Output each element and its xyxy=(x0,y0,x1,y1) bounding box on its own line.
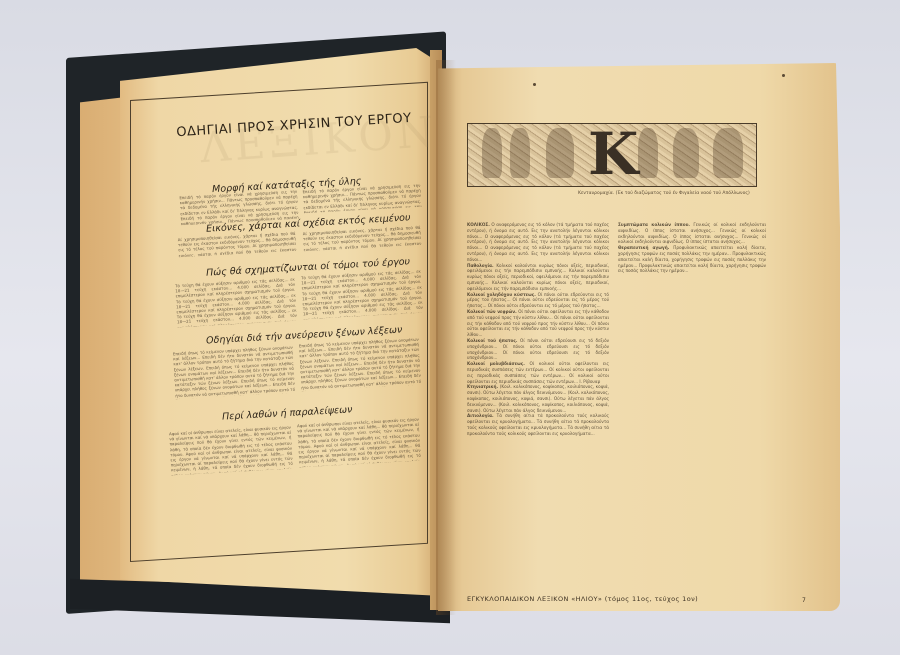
initial-letter: K xyxy=(588,124,638,184)
frieze-figure xyxy=(546,128,574,178)
entry-term: Κολικοί τού ήπατος. xyxy=(467,338,517,343)
entry-term: Κολικοί μολυβδιάσεως. xyxy=(467,361,525,366)
entry-author: Ι. Ρίβουαρ xyxy=(579,379,600,384)
page-number: 7 xyxy=(802,597,806,604)
entry-term: ΚΟΛΙΚΟΣ. xyxy=(467,222,490,227)
section-text-foreign-a: Επειδή όπως τό κείμενον υπάρχει πλήθος ξ… xyxy=(173,345,295,400)
section-text-volumes-b: Τό τεύχη θά έχουν σύξησιν αριθμού εις τά… xyxy=(301,269,423,320)
frieze-figure xyxy=(482,128,502,178)
right-column-1: ΚΟΛΙΚΟΣ. Ο αναφερόμενος εις τό κόλον (τά… xyxy=(467,222,609,590)
section-text-errors-b: Αφού καί οί άνθρωποι είναι ατελείς, είνα… xyxy=(297,417,421,468)
frieze-figure xyxy=(673,128,699,178)
frieze-figure xyxy=(713,128,743,178)
entry-term: Κτηνιατρική. xyxy=(467,384,498,389)
entry-term: Συμπτώματα κολικών ίππου. xyxy=(618,222,690,227)
frieze-figure xyxy=(638,128,658,178)
entry-term: Αιτιολογία. xyxy=(467,413,494,418)
page-footer: ΕΓΚΥΚΛΟΠΑΙΔΙΚΟΝ ΛΕΞΙΚΟΝ «ΗΛΙΟΥ» (τόμος 1… xyxy=(467,595,698,603)
banner-caption: Κενταυρομαχία. (Έκ τού διαζώματος τού έν… xyxy=(578,191,750,196)
paper-spot xyxy=(533,83,536,86)
section-text-foreign-b: Επειδή όπως τό κείμενον υπάρχει πλήθος ξ… xyxy=(299,337,421,392)
section-text-errors-a: Αφού καί οί άνθρωποι είναι ατελείς, είνα… xyxy=(169,425,293,476)
entry-term: Παθολογία. xyxy=(467,263,494,268)
paper-spot xyxy=(782,74,785,77)
entry-term: Κολικοί τών νεφρών. xyxy=(467,309,517,314)
section-text-volumes-a: Τό τεύχη θά έχουν σύξησιν αριθμού εις τά… xyxy=(175,277,297,328)
right-column-2: Συμπτώματα κολικών ίππου. Γενικώς οί κολ… xyxy=(618,222,766,590)
gutter-shadow xyxy=(436,60,456,615)
frieze-figure xyxy=(510,128,530,178)
entry-text: Ο αναφερόμενος εις τό κόλον (τά τμήματα … xyxy=(467,222,609,262)
entry-term: Θεραπευτική αγωγή. xyxy=(618,245,669,250)
entry-term: Κολικοί χοληδόχου κύστεως. xyxy=(467,292,536,297)
